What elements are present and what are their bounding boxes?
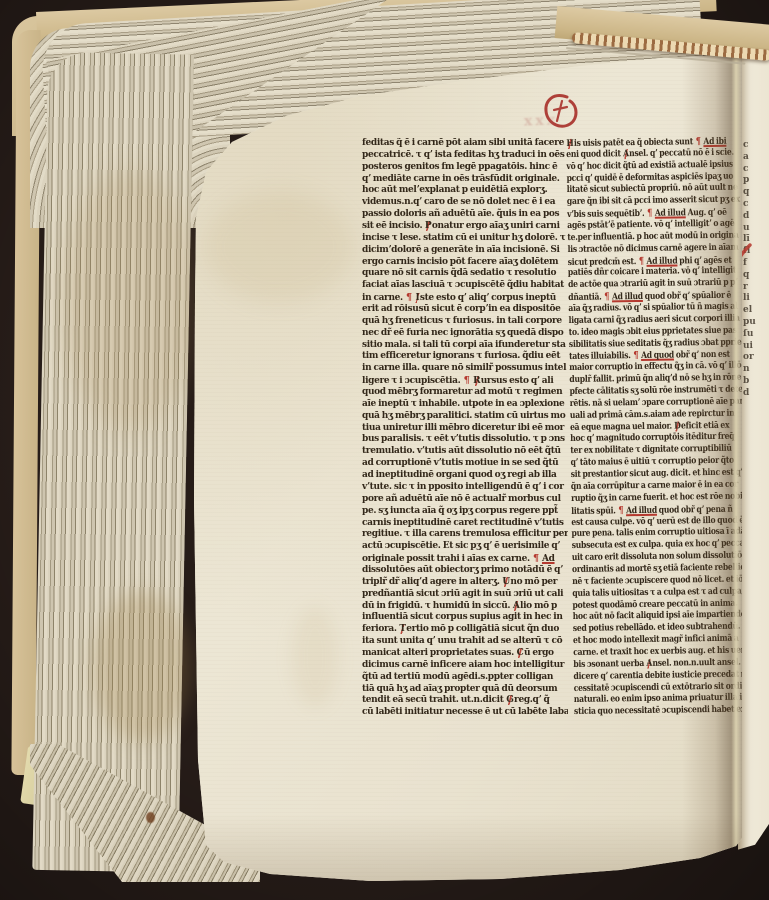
facing-fragment-line: q [743, 187, 767, 199]
facing-fragment-line: c [743, 164, 767, 176]
text-line: regitiue. τ illa carens tremulosa effici… [362, 529, 568, 541]
text-line: incise τ lese. statim cū ei unitur hʒ do… [362, 233, 568, 245]
facing-fragment-line [743, 400, 767, 412]
text-line: quare nō sit carnis q̃dā sedatio τ resol… [362, 268, 568, 280]
text-line: aīe ineptū τ inhabile. utpote in ea ɔple… [362, 399, 568, 411]
text-line: nec dr̃ eē furia nec ignorātia sʒ quedā … [362, 328, 568, 340]
text-line: quā hʒ freneticus τ furiosus. in tali co… [362, 316, 568, 328]
fore-edge-stain [60, 170, 200, 430]
text-line: videmus.n.qʼ caro de se nō dolet nec ē i… [362, 197, 568, 209]
text-line: bus paralisis. τ eēt vʼtutis dissolutio.… [362, 434, 568, 446]
text-line: tendit eā secū trahit. ut.n.dicit Greg.q… [362, 695, 568, 707]
facing-fragment-line: n [743, 364, 767, 376]
facing-fragment-line: a [743, 152, 767, 164]
verso-page: xxx feditas q̃ ē i carnē pōt aiam sibi u… [176, 52, 742, 884]
facing-fragment-line: ui [743, 341, 767, 353]
text-line: ligere τ i ɔcupiscētia. ¶ Rursus esto qʼ… [362, 375, 568, 387]
text-column-left: feditas q̃ ē i carnē pōt aiam sibi unitā… [362, 138, 568, 720]
text-line: feditas q̃ ē i carnē pōt aiam sibi unitā… [362, 138, 568, 150]
text-line: influentiā sicut corpus supius agit in h… [362, 612, 568, 624]
text-line: peccatricē. τ qʼ ista feditas hʒ traduci… [362, 150, 568, 162]
facing-fragment-line [743, 411, 767, 423]
text-line: predñantiā sicut ɔriū agit in suū ɔriū u… [362, 589, 568, 601]
text-line: tiā quā hʒ ad aīaʒ propter quā dū deorsu… [362, 684, 568, 696]
facing-fragment-line: d [743, 388, 767, 400]
facing-fragment-line: ſu [743, 329, 767, 341]
text-line: dū in frigidū. τ humidū in siccū. Alio m… [362, 601, 568, 613]
text-line: in carne. ¶ Iste esto qʼ aliqʼ corpus in… [362, 292, 568, 304]
text-line: erit ad rōisusū sicut ē corpʼin ea dispo… [362, 304, 568, 316]
text-line: ergo carnis incisio pōt facere aīaʒ dolē… [362, 257, 568, 269]
text-line: manicat alteri proprietates suas. Cū erg… [362, 648, 568, 660]
text-line: ita sunt unita qʼ unu trahit ad se alter… [362, 636, 568, 648]
text-line: tiua uniretur illi mēbro diceretur ibi e… [362, 423, 568, 435]
facing-fragment-line: u [743, 223, 767, 235]
text-line: actū ɔcupiscētie. Et sic pʒ qʼ ē uerisim… [362, 541, 568, 553]
facing-fragment-line: p [743, 175, 767, 187]
page-stain [292, 607, 338, 707]
text-line: sitio mala. si tali tū corpi aīa ifunder… [362, 340, 568, 352]
text-line: vʼtute. sic τ in pposito intelligendū ē … [362, 482, 568, 494]
text-line: originale possit trahi i aīas ex carne. … [362, 553, 568, 565]
text-line: feriora. Tertio mō p colligātiā sicut q̃… [362, 624, 568, 636]
ink-showthrough: xxx [524, 110, 615, 133]
facing-fragment-line: pu [743, 317, 767, 329]
text-line: hoc aūt melʼexplanat p euidētiā explorʒ. [362, 185, 568, 197]
fore-edge-speck [146, 812, 155, 823]
facing-fragment-line: b [743, 376, 767, 388]
facing-fragment-line: el [743, 305, 767, 317]
text-line: ad ineptitudinē organi quod oʒ regi ab i… [362, 470, 568, 482]
text-line: in carne illa. quare nō similr̃ possumus… [362, 363, 568, 375]
text-line: qʼ mediāte carne in oēs trāsfūdit origin… [362, 174, 568, 186]
text-line: quā hʒ mēbrʒ paralitici. statim cū uirtu… [362, 411, 568, 423]
text-line: quod mēbrʒ formaretur ad motū τ regimen [362, 387, 568, 399]
text-line: triplr̃ dr̃ aliqʼd agere in alterʒ. Uno … [362, 577, 568, 589]
text-line: pe. sʒ iuncta aīa q̃ oʒ ipʒ corpus reger… [362, 506, 568, 518]
facing-fragment-line: or [743, 352, 767, 364]
text-line: tremulatio. vʼtutis aūt dissolutio nō eē… [362, 446, 568, 458]
fore-edge-stain [92, 592, 192, 742]
facing-fragment-line: c [743, 140, 767, 152]
text-line: carnis ineptitudinē caret rectitudinē vʼ… [362, 518, 568, 530]
text-line: posteros genitos fm legē ppagatōis. hinc… [362, 162, 568, 174]
text-line: q̃tū ad tertiū modū agēdi.s.ppter collig… [362, 672, 568, 684]
text-line: sit eē incisio. Ponatur ergo aīaʒ uniri … [362, 221, 568, 233]
text-line: pore añ aduētū aīe nō ē actualr̃ morbus … [362, 494, 568, 506]
facing-fragment-line: c [743, 199, 767, 211]
text-line: dicimʼdolorē a generāte in aīa incisionē… [362, 245, 568, 257]
text-line: cū labēti initiatur necesse ē ut cū labē… [362, 707, 568, 719]
text-line: faciat aīas lasciuā τ ɔcupiscētē q̃diu h… [362, 280, 568, 292]
page-stain [204, 192, 354, 302]
text-line: ad corruptionē vʼtutis motiue in se sed … [362, 458, 568, 470]
book-photograph: cacpqcdulīſifqrlielpuſuuiornbd xxx fedit… [0, 0, 769, 900]
facing-page-sliver: cacpqcdulīſifqrlielpuſuuiornbd [738, 56, 769, 856]
gutter-shadow [682, 52, 742, 884]
facing-fragment-line: d [743, 211, 767, 223]
text-line: tim efficeretur ignorans τ furiosa. q̃di… [362, 351, 568, 363]
text-line: dissolutōes aūt obiectorʒ primo notādū ē… [362, 565, 568, 577]
text-line: passio doloris añ aduētū aīe. q̃uis in e… [362, 209, 568, 221]
text-line: dicimus carnē inficere aiam hoc intellig… [362, 660, 568, 672]
